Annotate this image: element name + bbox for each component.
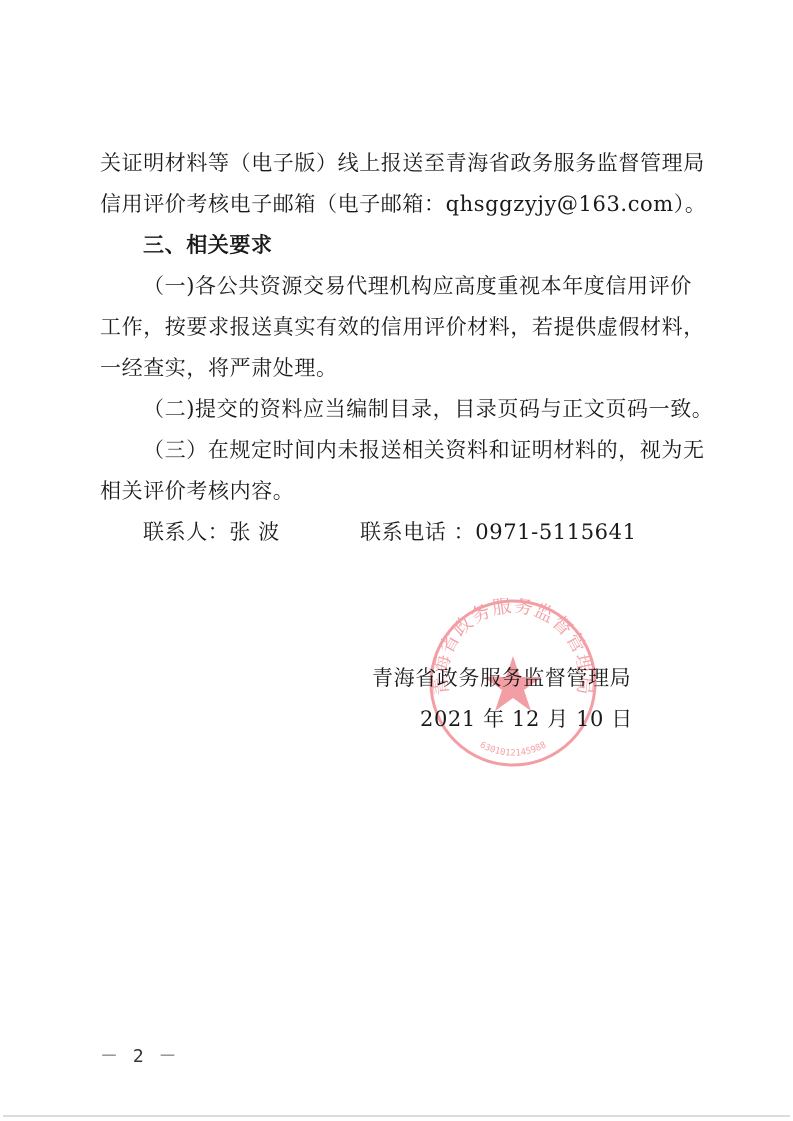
contact-person: 联系人：张 波 [143,518,280,546]
paragraph-line-2: 信用评价考核电子邮箱（电子邮箱：qhsggzyjy@163.com）。 [100,190,707,218]
paragraph-line-5: 工作，按要求报送真实有效的信用评价材料，若提供虚假材料， [100,313,705,341]
paragraph-line-6: 一经查实，将严肃处理。 [100,354,338,382]
page-bottom-divider [3,1115,790,1117]
section-heading: 三、相关要求 [143,231,273,259]
document-page: 关证明材料等（电子版）线上报送至青海省政务服务监督管理局 信用评价考核电子邮箱（… [0,0,793,1121]
paragraph-line-4: （一)各公共资源交易代理机构应高度重视本年度信用评价 [143,272,692,300]
paragraph-line-7: （二)提交的资料应当编制目录，目录页码与正文页码一致。 [143,395,713,423]
contact-phone: 联系电话 ：0971-5115641 [360,518,637,546]
svg-text:6301012145988: 6301012145988 [478,740,548,758]
paragraph-line-9: 相关评价考核内容。 [100,477,294,505]
paragraph-line-8: （三）在规定时间内未报送相关资料和证明材料的，视为无 [143,436,705,464]
paragraph-line-1: 关证明材料等（电子版）线上报送至青海省政务服务监督管理局 [100,149,705,177]
signature-date: 2021 年 12 月 10 日 [420,705,633,733]
signature-organization: 青海省政务服务监督管理局 [372,664,631,692]
page-number: － 2 － [100,1042,179,1068]
